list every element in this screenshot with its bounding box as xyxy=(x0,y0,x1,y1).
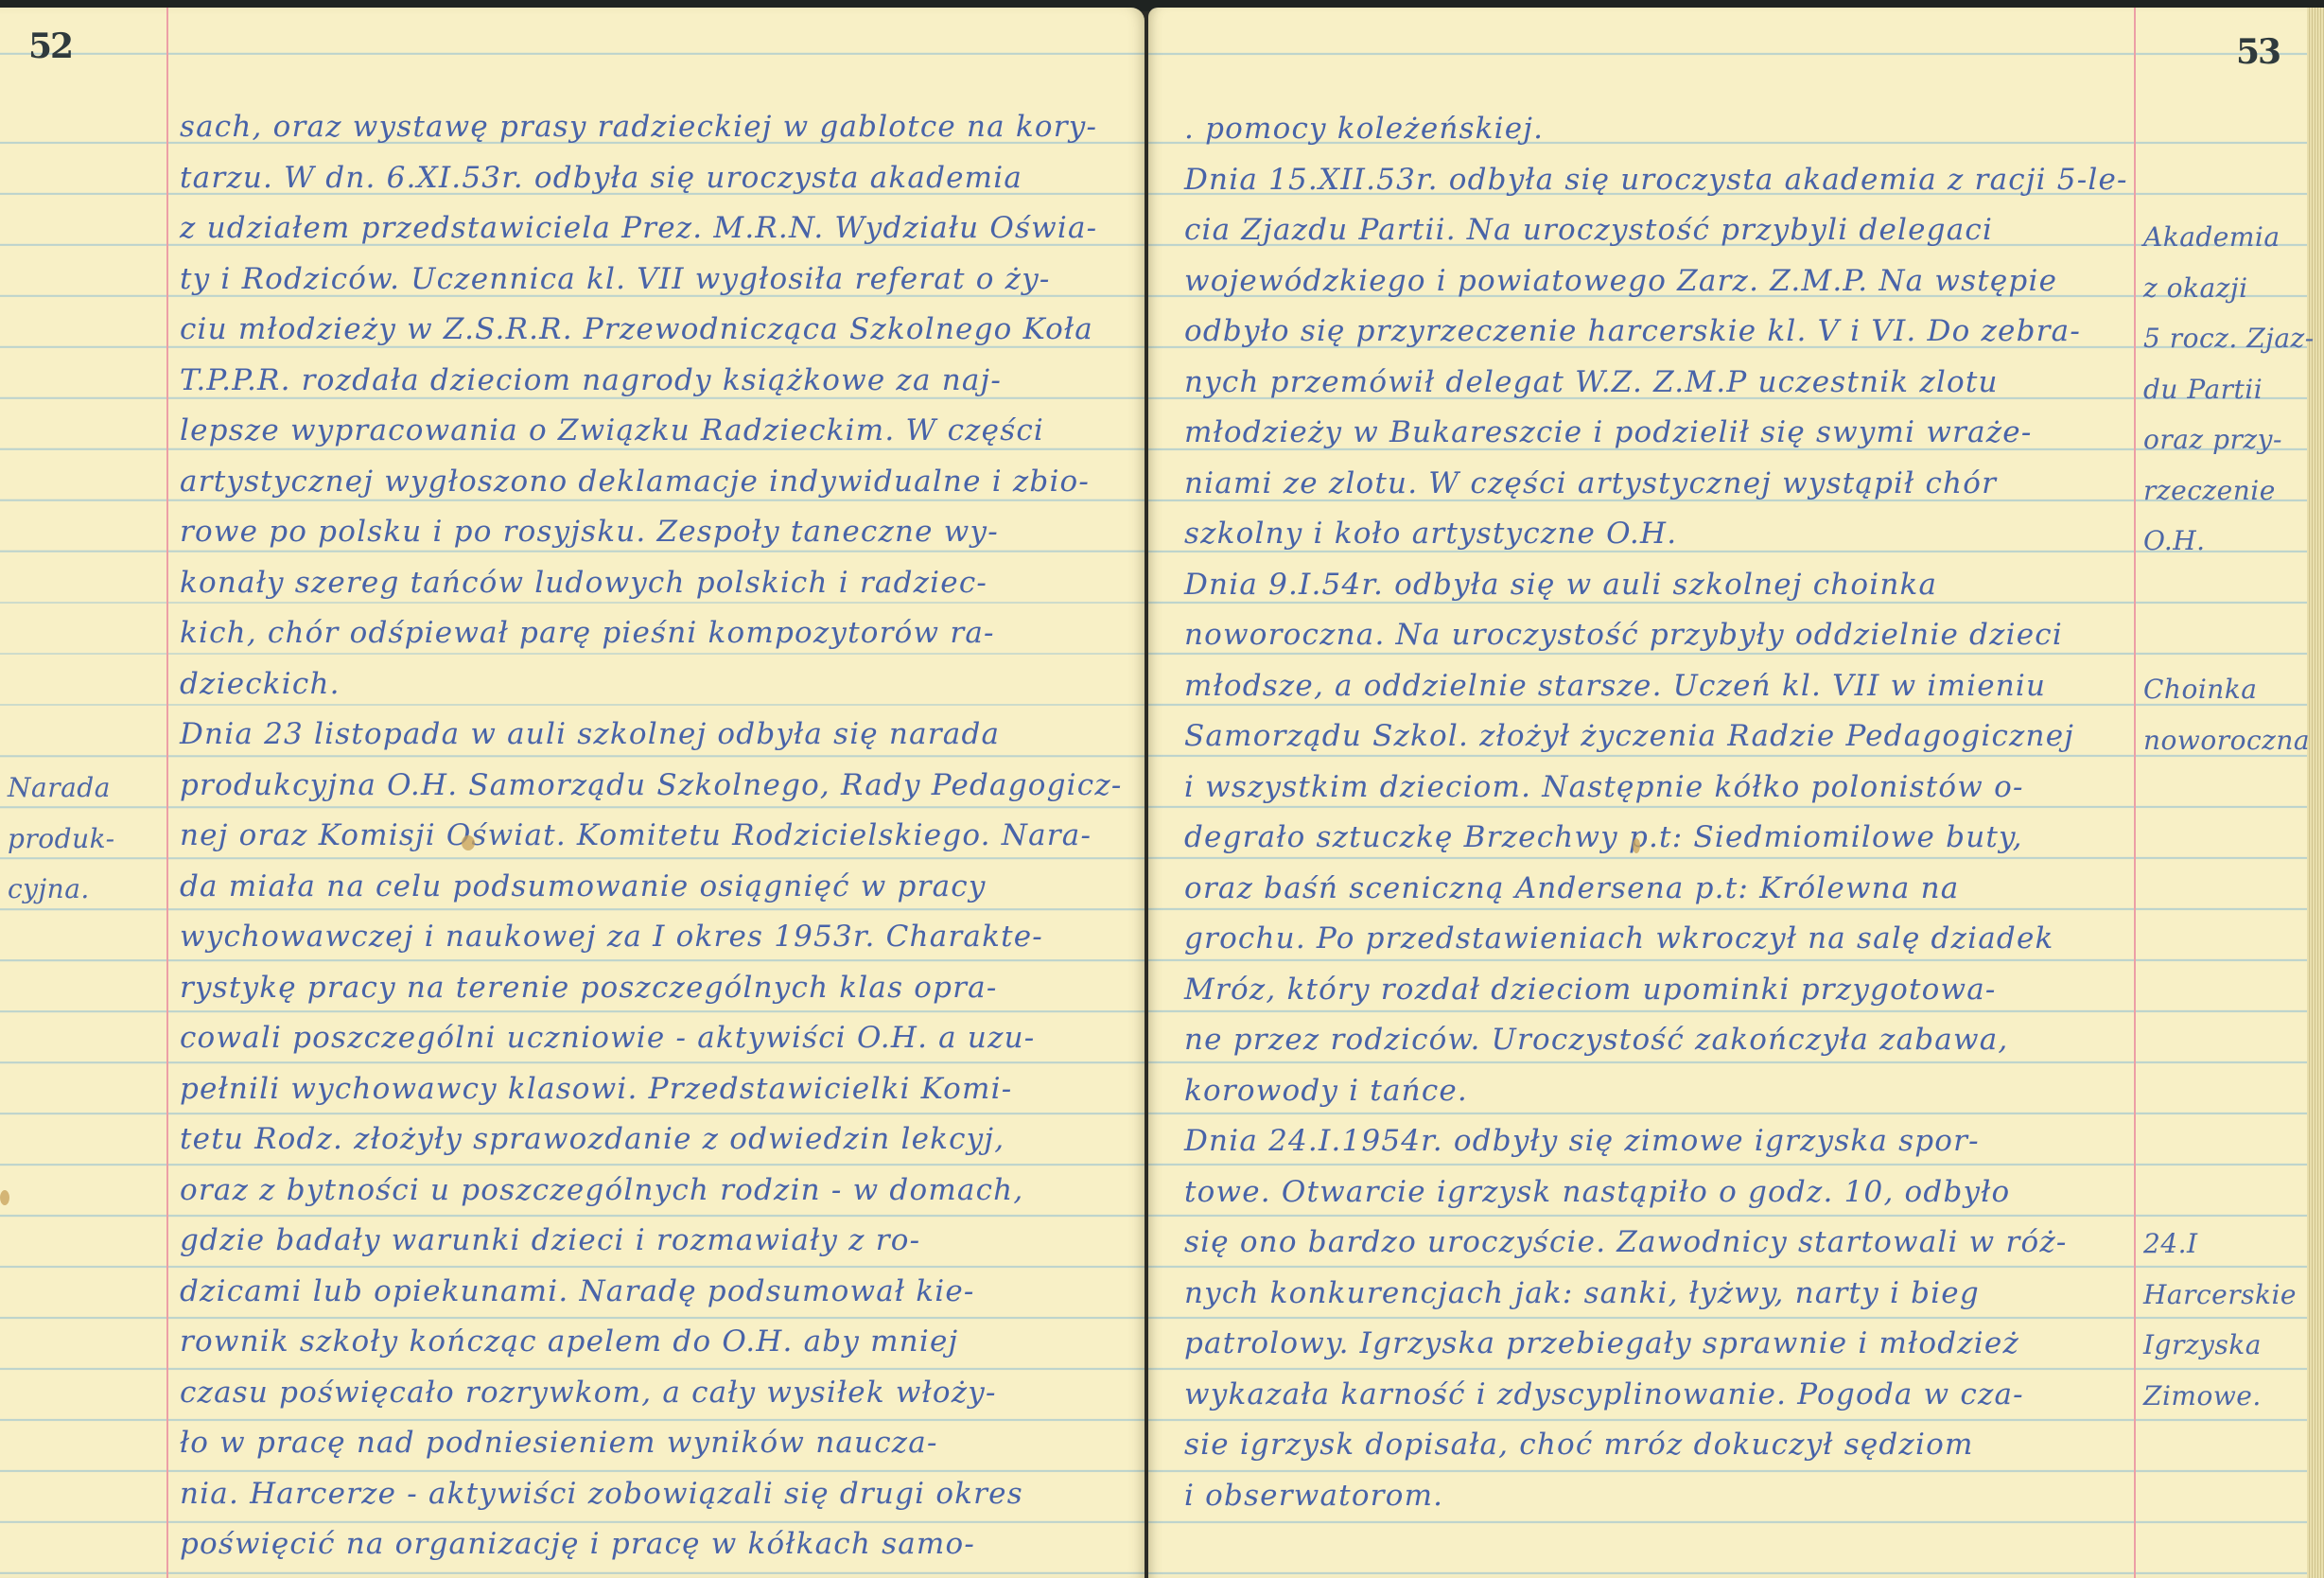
text-line: czasu poświęcało rozrywkom, a cały wysił… xyxy=(180,1368,1126,1419)
text-line: grochu. Po przedstawieniach wkroczył na … xyxy=(1184,914,2130,965)
text-line: gdzie badały warunki dzieci i rozmawiały… xyxy=(180,1216,1126,1267)
text-line: z udziałem przedstawiciela Prez. M.R.N. … xyxy=(180,203,1126,254)
text-line: ty i Rodziców. Uczennica kl. VII wygłosi… xyxy=(180,254,1126,306)
margin-note-line: oraz przy- xyxy=(2143,414,2315,465)
margin-note-line: noworoczna xyxy=(2143,715,2310,766)
text-line: i wszystkim dzieciom. Następnie kółko po… xyxy=(1184,763,2130,814)
text-line: wojewódzkiego i powiatowego Zarz. Z.M.P.… xyxy=(1184,256,2130,307)
text-line: lepsze wypracowania o Związku Radzieckim… xyxy=(180,406,1126,457)
text-line: da miała na celu podsumowanie osiągnięć … xyxy=(180,862,1126,913)
text-line: nych przemówił delegat W.Z. Z.M.P uczest… xyxy=(1184,358,2130,409)
text-line: Dnia 23 listopada w auli szkolnej odbyła… xyxy=(180,710,1126,761)
text-line: dzicami lub opiekunami. Naradę podsumowa… xyxy=(180,1267,1126,1318)
text-line: poświęcić na organizację i pracę w kółka… xyxy=(180,1519,1126,1570)
text-line: ło w pracę nad podniesieniem wyników nau… xyxy=(180,1418,1126,1469)
text-line: Dnia 9.I.54r. odbyła się w auli szkolnej… xyxy=(1184,560,2130,611)
handwritten-text: sach, oraz wystawę prasy radzieckiej w g… xyxy=(180,102,1126,1570)
text-line: kich, chór odśpiewał parę pieśni kompozy… xyxy=(180,608,1126,659)
margin-note-line: Igrzyska xyxy=(2143,1320,2297,1371)
ink-stain xyxy=(1633,838,1640,853)
margin-note-line: Zimowe. xyxy=(2143,1371,2297,1422)
text-line: Samorządu Szkol. złożył życzenia Radzie … xyxy=(1184,711,2130,763)
text-line: Mróz, który rozdał dzieciom upominki prz… xyxy=(1184,965,2130,1016)
margin-note-line: Choinka xyxy=(2143,664,2310,715)
right-page: 53 . pomocy koleżeńskiej. Dnia 15.XII.53… xyxy=(1148,8,2324,1578)
text-line: szkolny i koło artystyczne O.H. xyxy=(1184,509,2130,560)
margin-note-line: produk- xyxy=(8,814,115,865)
margin-note-line: 5 rocz. Zjaz- xyxy=(2143,313,2315,364)
ink-stain xyxy=(0,1190,9,1205)
text-line: dzieckich. xyxy=(180,659,1126,710)
text-line: oraz z bytności u poszczególnych rodzin … xyxy=(180,1166,1126,1217)
text-line: produkcyjna O.H. Samorządu Szkolnego, Ra… xyxy=(180,761,1126,812)
text-line: korowody i tańce. xyxy=(1184,1066,2130,1117)
text-line: niami ze zlotu. W części artystycznej wy… xyxy=(1184,459,2130,510)
text-line: wykazała karność i zdyscyplinowanie. Pog… xyxy=(1184,1370,2130,1421)
margin-note-line: rzeczenie xyxy=(2143,465,2315,517)
text-line: rowe po polsku i po rosyjsku. Zespoły ta… xyxy=(180,507,1126,558)
text-line: cowali poszczególni uczniowie - aktywiśc… xyxy=(180,1013,1126,1064)
text-line: pełnili wychowawcy klasowi. Przedstawici… xyxy=(180,1064,1126,1115)
text-line: odbyło się przyrzeczenie harcerskie kl. … xyxy=(1184,307,2130,358)
margin-note-igrzyska: 24.I Harcerskie Igrzyska Zimowe. xyxy=(2143,1219,2297,1421)
text-line: konały szereg tańców ludowych polskich i… xyxy=(180,558,1126,609)
margin-note-choinka: Choinka noworoczna xyxy=(2143,664,2310,765)
margin-note-line: Narada xyxy=(8,763,115,814)
text-line: tarzu. W dn. 6.XI.53r. odbyła się uroczy… xyxy=(180,153,1126,204)
text-line: tetu Rodz. złożyły sprawozdanie z odwied… xyxy=(180,1114,1126,1166)
text-line: nia. Harcerze - aktywiści zobowiązali si… xyxy=(180,1469,1126,1520)
margin-rule xyxy=(2134,8,2136,1578)
text-line: się ono bardzo uroczyście. Zawodnicy sta… xyxy=(1184,1218,2130,1269)
text-line: sie igrzysk dopisała, choć mróz dokuczył… xyxy=(1184,1420,2130,1471)
ink-stain xyxy=(462,835,475,850)
text-line: młodzieży w Bukareszcie i podzielił się … xyxy=(1184,408,2130,459)
page-number: 53 xyxy=(2236,32,2280,72)
margin-note-line: O.H. xyxy=(2143,516,2315,567)
text-line: cia Zjazdu Partii. Na uroczystość przyby… xyxy=(1184,205,2130,256)
handwritten-text: . pomocy koleżeńskiej. Dnia 15.XII.53r. … xyxy=(1184,104,2130,1521)
text-line: nej oraz Komisji Oświat. Komitetu Rodzic… xyxy=(180,811,1126,862)
margin-note-line: Akademia xyxy=(2143,212,2315,263)
text-line: rownik szkoły kończąc apelem do O.H. aby… xyxy=(180,1317,1126,1368)
text-line: noworoczna. Na uroczystość przybyły oddz… xyxy=(1184,610,2130,661)
text-line: Dnia 15.XII.53r. odbyła się uroczysta ak… xyxy=(1184,155,2130,206)
margin-note-narada: Narada produk- cyjna. xyxy=(8,763,115,915)
text-line: młodsze, a oddzielnie starsze. Uczeń kl.… xyxy=(1184,661,2130,712)
margin-note-line: du Partii xyxy=(2143,364,2315,415)
text-line: i obserwatorom. xyxy=(1184,1471,2130,1522)
text-line: . pomocy koleżeńskiej. xyxy=(1184,104,2130,155)
text-line: Dnia 24.I.1954r. odbyły się zimowe igrzy… xyxy=(1184,1116,2130,1167)
margin-note-line: z okazji xyxy=(2143,263,2315,314)
text-line: patrolowy. Igrzyska przebiegały sprawnie… xyxy=(1184,1319,2130,1370)
text-line: sach, oraz wystawę prasy radzieckiej w g… xyxy=(180,102,1126,153)
text-line: ne przez rodziców. Uroczystość zakończył… xyxy=(1184,1015,2130,1066)
margin-note-akademia: Akademia z okazji 5 rocz. Zjaz- du Parti… xyxy=(2143,212,2315,567)
margin-note-line: 24.I xyxy=(2143,1219,2297,1270)
text-line: towe. Otwarcie igrzysk nastąpiło o godz.… xyxy=(1184,1167,2130,1219)
text-line: degrało sztuczkę Brzechwy p.t: Siedmiomi… xyxy=(1184,813,2130,864)
page-number: 52 xyxy=(28,26,72,66)
left-page: 52 Narada produk- cyjna. sach, oraz wyst… xyxy=(0,8,1145,1578)
margin-note-line: Harcerskie xyxy=(2143,1270,2297,1321)
text-line: rystykę pracy na terenie poszczególnych … xyxy=(180,963,1126,1014)
text-line: oraz baśń sceniczną Andersena p.t: Króle… xyxy=(1184,864,2130,915)
text-line: wychowawczej i naukowej za I okres 1953r… xyxy=(180,912,1126,963)
text-line: artystycznej wygłoszono deklamacje indyw… xyxy=(180,457,1126,508)
text-line: nych konkurencjach jak: sanki, łyżwy, na… xyxy=(1184,1269,2130,1320)
text-line: ciu młodzieży w Z.S.R.R. Przewodnicząca … xyxy=(180,305,1126,356)
text-line: T.P.P.R. rozdała dzieciom nagrody książk… xyxy=(180,356,1126,407)
margin-rule xyxy=(166,8,168,1578)
margin-note-line: cyjna. xyxy=(8,864,115,915)
